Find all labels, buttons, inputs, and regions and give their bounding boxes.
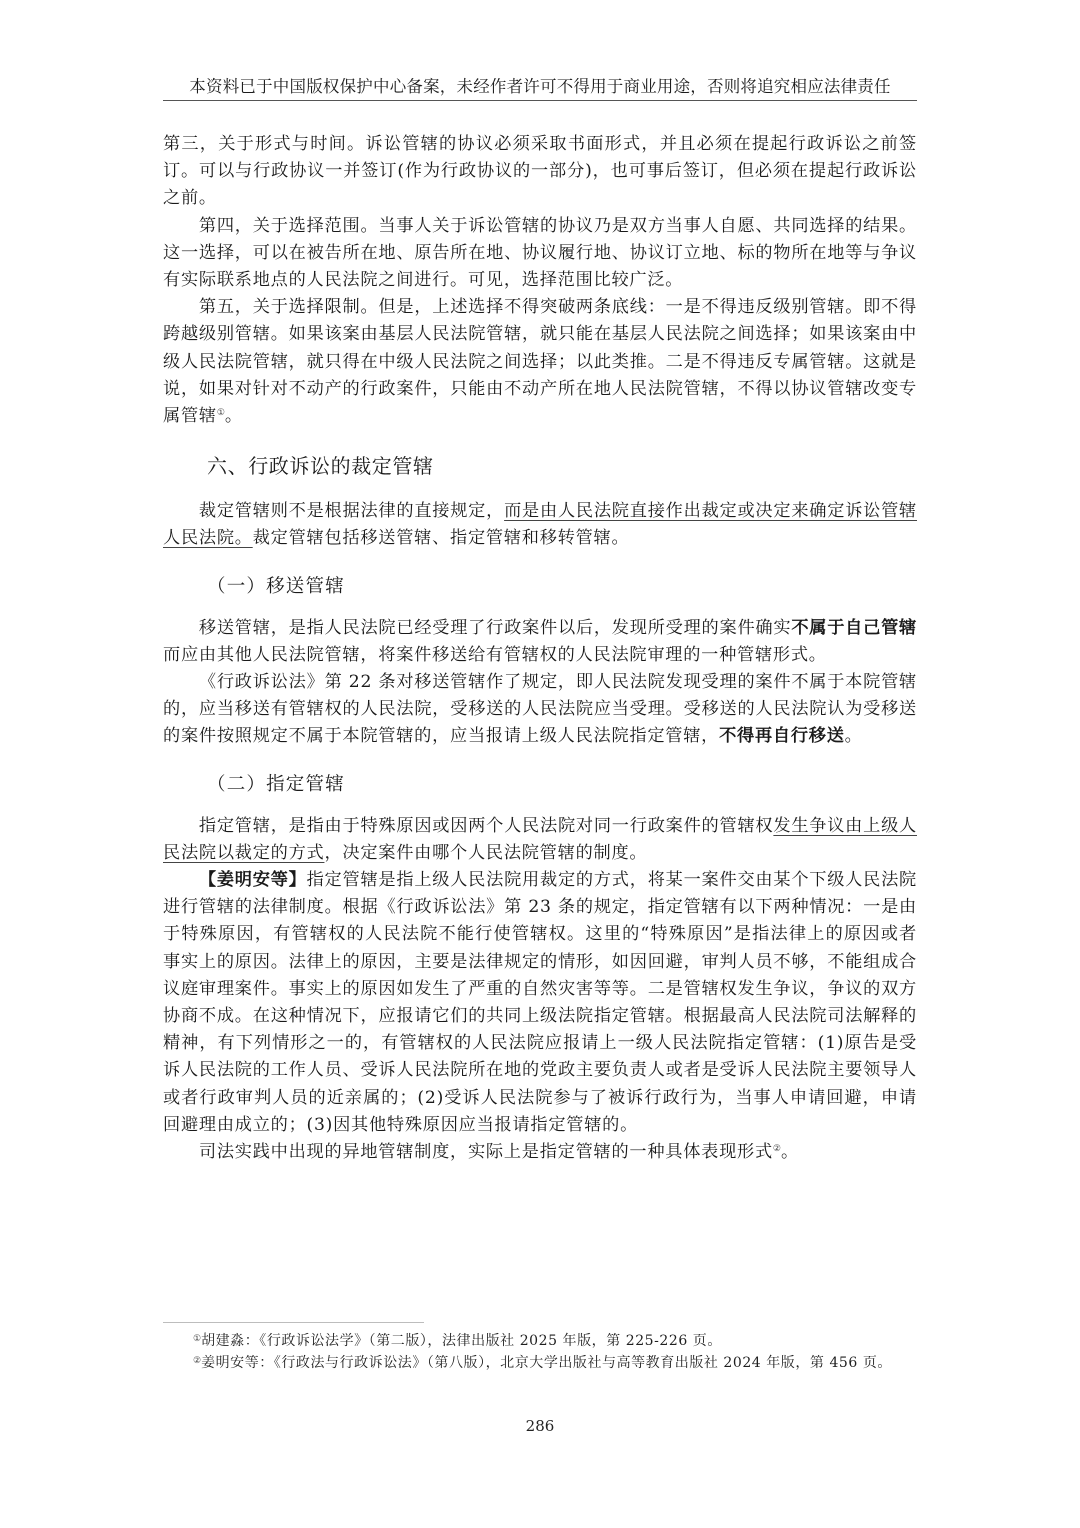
paragraph-selection-scope: 第四，关于选择范围。当事人关于诉讼管辖的协议乃是双方当事人自愿、共同选择的结果。… — [163, 213, 917, 295]
author-bracket-label: 【姜明安等】 — [199, 870, 307, 890]
paragraph-text: 司法实践中出现的异地管辖制度，实际上是指定管辖的一种具体表现形式 — [199, 1142, 773, 1162]
paragraph-text: 第五，关于选择限制。但是，上述选择不得突破两条底线：一是不得违反级别管辖。即不得… — [163, 297, 917, 426]
paragraph-jiang-mingan-quote: 【姜明安等】指定管辖是指上级人民法院用裁定的方式，将某一案件交由某个下级人民法院… — [163, 867, 917, 1139]
paragraph-text: 指定管辖是指上级人民法院用裁定的方式，将某一案件交由某个下级人民法院进行管辖的法… — [163, 870, 917, 1135]
footnote-ref-2[interactable]: ② — [773, 1144, 781, 1154]
subsection-title-designated: （二）指定管辖 — [163, 771, 917, 799]
paragraph-text: ，决定案件由哪个人民法院管辖的制度。 — [324, 843, 647, 863]
footnote-2: ②姜明安等：《行政法与行政诉讼法》（第八版），北京大学出版社与高等教育出版社 2… — [163, 1353, 917, 1375]
paragraph-remote-jurisdiction: 司法实践中出现的异地管辖制度，实际上是指定管辖的一种具体表现形式②。 — [163, 1139, 917, 1166]
paragraph-text: 而应由其他人民法院管辖，将案件移送给有管辖权的人民法院审理的一种管辖形式。 — [163, 645, 827, 665]
paragraph-article-22: 《行政诉讼法》第 22 条对移送管辖作了规定，即人民法院发现受理的案件不属于本院… — [163, 669, 917, 751]
paragraph-transfer-definition: 移送管辖，是指人民法院已经受理了行政案件以后，发现所受理的案件确实不属于自己管辖… — [163, 615, 917, 669]
subsection-title-transfer: （一）移送管辖 — [163, 573, 917, 601]
paragraph-designated-definition: 指定管辖，是指由于特殊原因或因两个人民法院对同一行政案件的管辖权发生争议由上级人… — [163, 813, 917, 867]
paragraph-selection-limits: 第五，关于选择限制。但是，上述选择不得突破两条底线：一是不得违反级别管辖。即不得… — [163, 294, 917, 430]
footnote-mark: ② — [193, 1356, 201, 1366]
header-divider — [163, 100, 917, 101]
intro-text: 裁定管辖则不是根据法律的直接规定， — [199, 501, 504, 521]
footnote-ref-1[interactable]: ① — [217, 408, 225, 418]
footnote-text: 姜明安等：《行政法与行政诉讼法》（第八版），北京大学出版社与高等教育出版社 20… — [201, 1355, 892, 1371]
paragraph-end: 。 — [225, 406, 243, 426]
footnote-text: 胡建淼：《行政诉讼法学》（第二版），法律出版社 2025 年版，第 225-22… — [201, 1333, 722, 1349]
section-title-six: 六、行政诉讼的裁定管辖 — [163, 452, 917, 480]
page-body: 第三，关于形式与时间。诉讼管辖的协议必须采取书面形式，并且必须在提起行政诉讼之前… — [163, 131, 917, 1166]
paragraph-text: 指定管辖，是指由于特殊原因或因两个人民法院对同一行政案件的管辖权 — [199, 816, 773, 836]
paragraph-ruling-jurisdiction-intro: 裁定管辖则不是根据法律的直接规定，而是由人民法院直接作出裁定或决定来确定诉讼管辖… — [163, 498, 917, 552]
running-header: 本资料已于中国版权保护中心备案，未经作者许可不得用于商业用途，否则将追究相应法律… — [163, 76, 917, 98]
footnote-mark: ① — [193, 1334, 201, 1344]
bold-emphasis: 不属于自己管辖 — [791, 618, 917, 638]
intro-tail: 裁定管辖包括移送管辖、指定管辖和移转管辖。 — [253, 528, 630, 548]
footnotes: ①胡建淼：《行政诉讼法学》（第二版），法律出版社 2025 年版，第 225-2… — [163, 1331, 917, 1374]
paragraph-end: 。 — [781, 1142, 799, 1162]
bold-emphasis: 不得再自行移送 — [719, 726, 845, 746]
page-number: 286 — [163, 1416, 917, 1436]
footnote-1: ①胡建淼：《行政诉讼法学》（第二版），法律出版社 2025 年版，第 225-2… — [163, 1331, 917, 1353]
paragraph-end: 。 — [845, 726, 863, 746]
footnote-divider — [163, 1322, 424, 1323]
paragraph-form-and-time: 第三，关于形式与时间。诉讼管辖的协议必须采取书面形式，并且必须在提起行政诉讼之前… — [163, 131, 917, 213]
paragraph-text: 移送管辖，是指人民法院已经受理了行政案件以后，发现所受理的案件确实 — [199, 618, 791, 638]
